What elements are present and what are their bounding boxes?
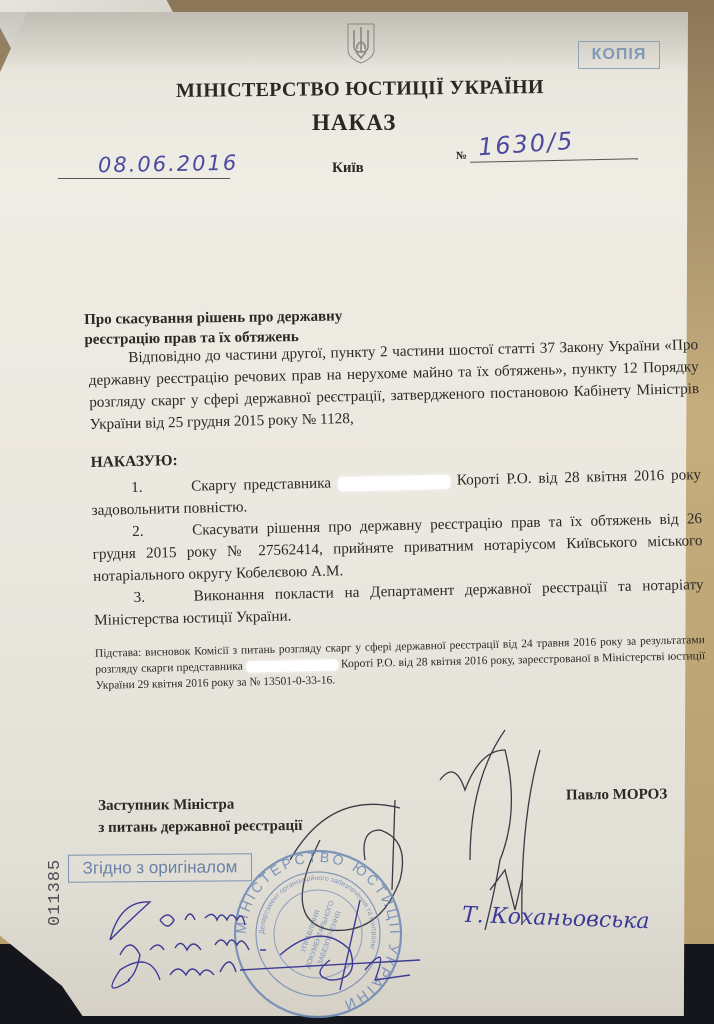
item-number: 1. bbox=[131, 476, 191, 499]
city-label: Київ bbox=[332, 160, 364, 177]
serial-number: 011385 bbox=[46, 859, 65, 926]
date-underline bbox=[58, 178, 230, 179]
ministry-title: МІНІСТЕРСТВО ЮСТИЦІЇ УКРАЇНИ bbox=[176, 76, 544, 103]
redacted-name bbox=[338, 474, 450, 491]
document-type-title: НАКАЗ bbox=[312, 110, 396, 136]
ministry-round-seal-icon: МІНІСТЕРСТВО ЮСТИЦІЇ УКРАЇНИ Департамент… bbox=[232, 848, 404, 1020]
signer-name: Павло МОРОЗ bbox=[566, 786, 667, 804]
item-text-part: Скаргу представника bbox=[191, 475, 331, 495]
photo-scene: КОПІЯ МІНІСТЕРСТВО ЮСТИЦІЇ УКРАЇНИ НАКАЗ… bbox=[0, 0, 714, 1024]
signer-title-line-2: з питань державної реєстрації bbox=[98, 815, 302, 839]
signer-title-line-1: Заступник Міністра bbox=[98, 793, 302, 817]
item-number: 2. bbox=[132, 520, 192, 543]
signer-title: Заступник Міністра з питань державної ре… bbox=[98, 793, 303, 839]
order-body: Відповідно до частини другої, пункту 2 ч… bbox=[88, 334, 706, 694]
subject-line-1: Про скасування рішень про державну bbox=[84, 306, 342, 330]
certified-copy-stamp: Згідно з оригіналом bbox=[68, 853, 252, 883]
trident-coat-of-arms-icon bbox=[346, 22, 376, 64]
redacted-name bbox=[246, 659, 338, 672]
copy-stamp: КОПІЯ bbox=[578, 41, 660, 69]
item-number: 3. bbox=[133, 586, 193, 609]
order-date: 08.06.2016 bbox=[98, 151, 239, 177]
number-sign: № bbox=[456, 150, 467, 162]
preamble-paragraph: Відповідно до частини другої, пункту 2 ч… bbox=[88, 334, 700, 436]
